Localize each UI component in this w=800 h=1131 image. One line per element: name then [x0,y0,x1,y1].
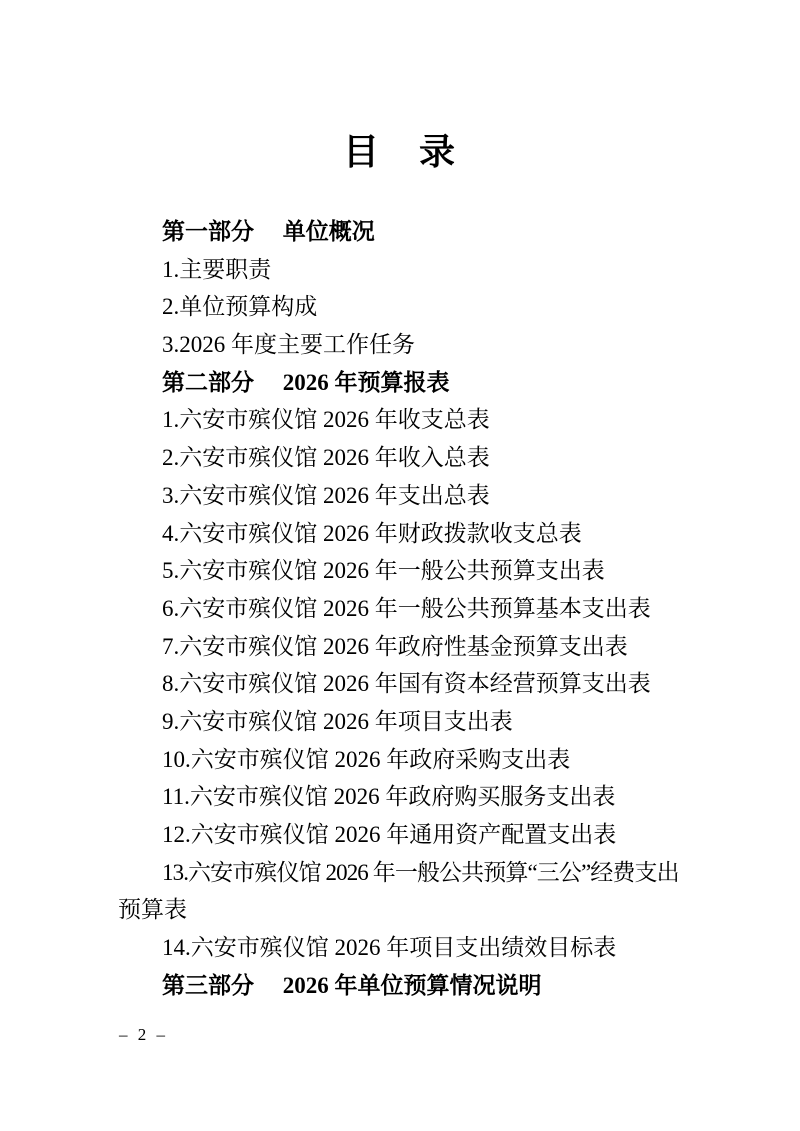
toc-entry: 14.六安市殡仪馆 2026 年项目支出绩效目标表 [118,929,720,967]
toc-entry: 6.六安市殡仪馆 2026 年一般公共预算基本支出表 [118,590,720,628]
toc-entry-continuation: 预算表 [118,891,720,929]
toc-section-heading-1: 第一部分 单位概况 [118,213,720,251]
toc-section-heading-2: 第二部分 2026 年预算报表 [118,364,720,402]
toc-entry: 8.六安市殡仪馆 2026 年国有资本经营预算支出表 [118,665,720,703]
table-of-contents: 第一部分 单位概况1.主要职责2.单位预算构成3.2026 年度主要工作任务第二… [0,213,800,1004]
toc-entry: 1.主要职责 [118,251,720,289]
toc-entry: 3.2026 年度主要工作任务 [118,326,720,364]
toc-entry: 13.六安市殡仪馆 2026 年一般公共预算“三公”经费支出 [118,854,720,892]
toc-entry: 2.单位预算构成 [118,288,720,326]
toc-entry: 3.六安市殡仪馆 2026 年支出总表 [118,477,720,515]
toc-entry: 12.六安市殡仪馆 2026 年通用资产配置支出表 [118,816,720,854]
page-title: 目 录 [0,0,800,170]
toc-entry: 9.六安市殡仪馆 2026 年项目支出表 [118,703,720,741]
page-number: – 2 – [119,1025,168,1045]
toc-entry: 2.六安市殡仪馆 2026 年收入总表 [118,439,720,477]
toc-entry: 1.六安市殡仪馆 2026 年收支总表 [118,401,720,439]
toc-section-heading-3: 第三部分 2026 年单位预算情况说明 [118,967,720,1005]
toc-entry: 7.六安市殡仪馆 2026 年政府性基金预算支出表 [118,628,720,666]
toc-entry: 11.六安市殡仪馆 2026 年政府购买服务支出表 [118,778,720,816]
toc-entry: 10.六安市殡仪馆 2026 年政府采购支出表 [118,741,720,779]
toc-entry: 5.六安市殡仪馆 2026 年一般公共预算支出表 [118,552,720,590]
document-page: 目 录 第一部分 单位概况1.主要职责2.单位预算构成3.2026 年度主要工作… [0,0,800,1131]
toc-entry: 4.六安市殡仪馆 2026 年财政拨款收支总表 [118,515,720,553]
